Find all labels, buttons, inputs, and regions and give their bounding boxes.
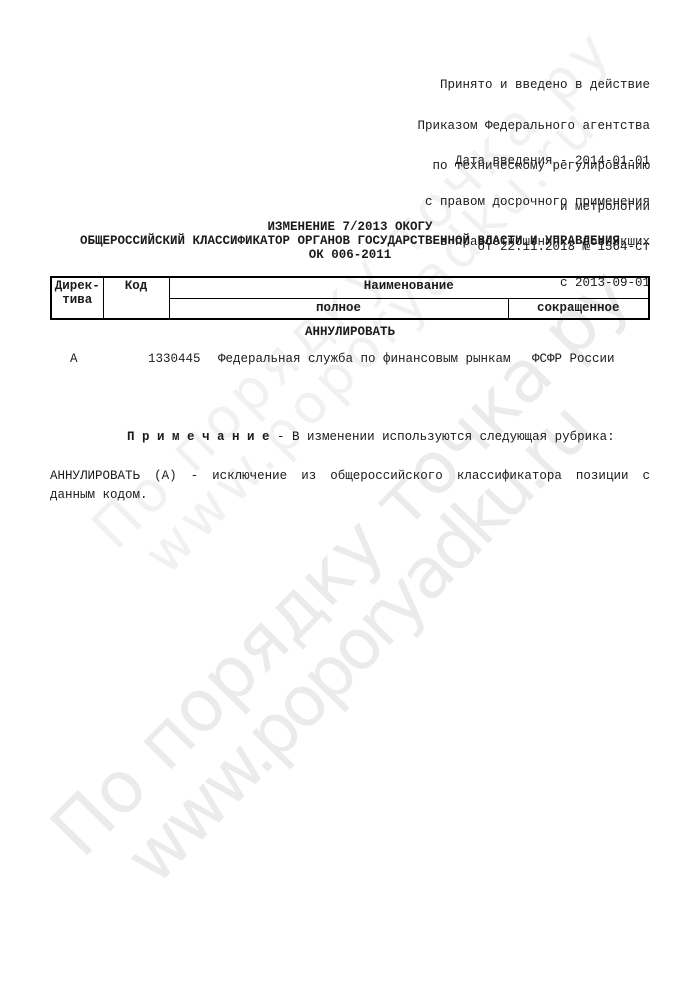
note-block: П р и м е ч а н и е - В изменении исполь… <box>50 408 650 506</box>
column-header-code: Код <box>103 277 169 319</box>
classifier-table-header: Дирек- тива Код Наименование полное сокр… <box>50 276 650 320</box>
row-code-value: 1330445 <box>148 353 201 367</box>
column-header-directive: Дирек- тива <box>51 277 103 319</box>
section-label-annul: АННУЛИРОВАТЬ <box>50 326 650 340</box>
acceptance-line: Принято и введено в действие <box>417 79 650 93</box>
column-header-name-short: сокращенное <box>508 299 649 320</box>
row-short-name: ФСФР России <box>532 353 615 367</box>
note-label: П р и м е ч а н и е <box>127 430 270 444</box>
watermark-text-main-1: По порядку точка ру <box>39 256 642 868</box>
column-header-directive-line1: Дирек- <box>52 280 103 294</box>
note-line-1-rest: - В изменении используются следующая руб… <box>270 430 615 444</box>
row-directive-value: А <box>70 353 78 367</box>
document-page: По порядку точка ру www.poporyadku.ru По… <box>0 0 700 990</box>
document-title: ИЗМЕНЕНИЕ 7/2013 ОКОГУ ОБЩЕРОССИЙСКИЙ КЛ… <box>50 220 650 262</box>
note-line-1: П р и м е ч а н и е - В изменении исполь… <box>50 408 650 467</box>
title-line-classifier: ОБЩЕРОССИЙСКИЙ КЛАССИФИКАТОР ОРГАНОВ ГОС… <box>50 234 650 248</box>
note-line-3: данным кодом. <box>50 486 650 506</box>
column-header-directive-line2: тива <box>52 294 103 308</box>
column-header-name: Наименование <box>169 277 649 299</box>
introduction-line: с правом досрочного применения <box>425 196 650 210</box>
note-line-2: АННУЛИРОВАТЬ (А) - исключение из общерос… <box>50 467 650 487</box>
title-line-code: ОК 006-2011 <box>50 248 650 262</box>
introduction-line: Дата введения - 2014-01-01 <box>425 155 650 169</box>
row-full-name: Федеральная служба по финансовым рынкам <box>218 353 511 367</box>
title-line-amendment: ИЗМЕНЕНИЕ 7/2013 ОКОГУ <box>50 220 650 234</box>
column-header-name-full: полное <box>169 299 508 320</box>
